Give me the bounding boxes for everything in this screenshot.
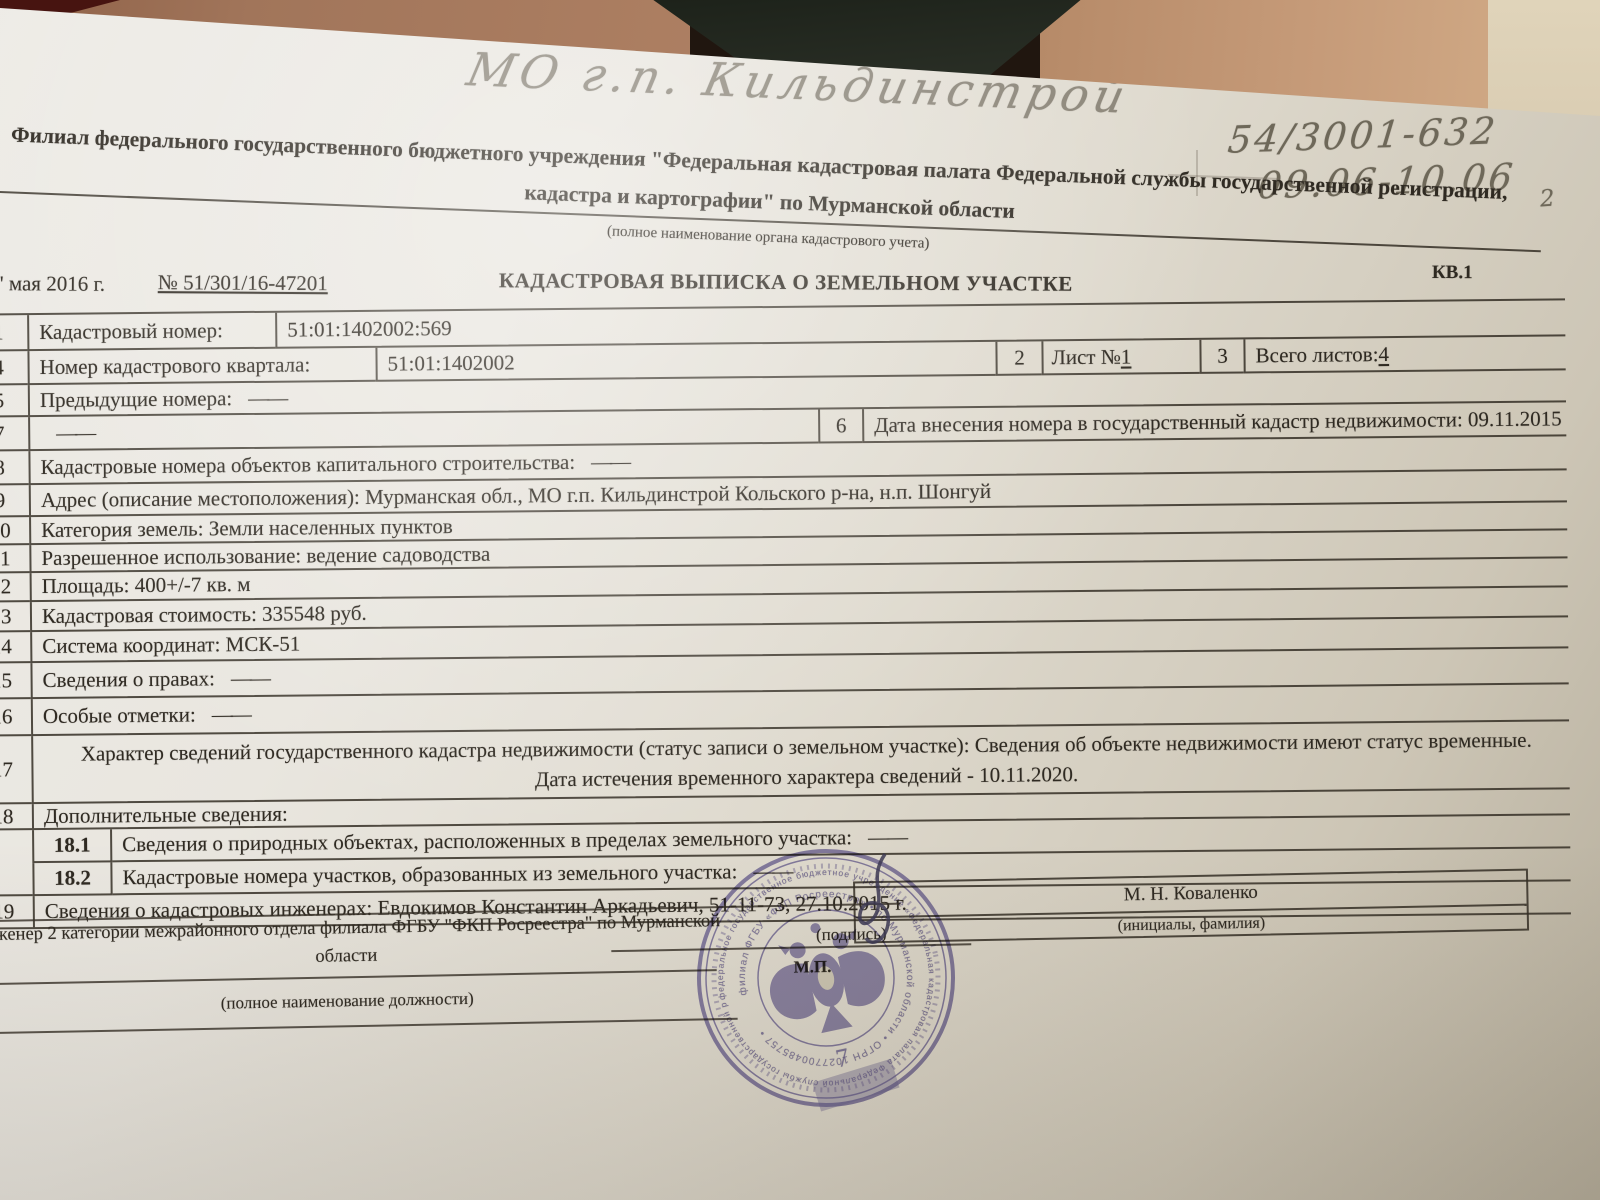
table-row-9: 9 Адрес (описание местоположения): Мурма… (0, 470, 1567, 517)
row-number: 8 (0, 451, 29, 486)
row-number: 13 (0, 602, 30, 633)
date-text: мая 2016 г. (9, 271, 105, 296)
dash-value: —— (248, 385, 286, 410)
sub-row-number: 18.2 (32, 862, 112, 896)
stamp-center-number: 7 (833, 1042, 852, 1073)
handwritten-date-range: 09.06-10.06 (1256, 155, 1518, 207)
table-row-7: 7 —— 6 Дата внесения номера в государств… (0, 402, 1566, 451)
row-text-value: Площадь: 400+/-7 кв. м (42, 572, 251, 599)
table-row-4: 4 Номер кадастрового квартала: 51:01:140… (0, 336, 1566, 385)
date-cell-number: 6 (818, 409, 862, 443)
position-caption: (полное наименование должности) (0, 984, 722, 1018)
row-number: 19 (0, 896, 33, 930)
total-sheets-cell: Всего листов: 4 (1243, 336, 1565, 373)
table-row-15: 15 Сведения о правах:—— (0, 648, 1569, 699)
row-label: Номер кадастрового квартала: (27, 348, 375, 385)
pencil-mark-vertical (1196, 150, 1198, 196)
total-cell-number: 3 (1199, 339, 1243, 373)
row-value: 51:01:1402002:569 (275, 300, 1565, 348)
pencil-mark-horizontal (1168, 174, 1280, 180)
row-text: Разрешенное использование: ведение садов… (29, 530, 1567, 573)
sheet-value: 1 (1121, 344, 1132, 369)
row-text: Кадастровые номера объектов капитального… (28, 436, 1566, 485)
row-text-value: Кадастровые номера объектов капитального… (40, 449, 575, 479)
name-caption: (инициалы, фамилия) (856, 906, 1527, 944)
row-number: 14 (0, 632, 30, 664)
stamp-smudge (812, 1059, 899, 1112)
title-row: ' мая 2016 г. № 51/301/16-47201 КАДАСТРО… (0, 253, 1572, 263)
total-label: Всего листов: (1255, 342, 1378, 368)
org-header: Филиал федерального государственного бюд… (0, 112, 1569, 172)
row-text-value: Сведения о правах: (42, 666, 215, 693)
row-text-value: Сведения о природных объектах, расположе… (122, 825, 852, 857)
dash-value: —— (231, 665, 269, 690)
sheet-cell-number: 2 (995, 341, 1041, 375)
row-text: Адрес (описание местоположения): Мурманс… (29, 470, 1567, 517)
position-title-line2: области (0, 939, 722, 974)
table-row-18-2: 18.2 Кадастровые номера участков, образо… (0, 848, 1571, 896)
signature-scribble-icon (830, 846, 930, 961)
date-entered-cell: Дата внесения номера в государственный к… (862, 402, 1566, 443)
table-row-16: 16 Особые отметки:—— (0, 684, 1569, 736)
table-row-17: 17 Характер сведений государственного ка… (0, 721, 1570, 804)
photo-of-cadastral-document: { "photo": { "background": { "skin_left"… (0, 0, 1600, 1200)
table-row-5: 5 Предыдущие номера:—— (0, 370, 1566, 417)
handwritten-ref-number: 54/3001-632 (1226, 109, 1500, 162)
org-caption: (полное наименование органа кадастрового… (0, 200, 1540, 276)
signature-block: Инженер 2 категории межрайонного отдела … (0, 865, 1584, 1106)
total-value: 4 (1378, 342, 1389, 367)
table-row-1: 1 Кадастровый номер: 51:01:1402002:569 (0, 300, 1565, 351)
row-number: 12 (0, 573, 30, 603)
empty-number-cell (0, 830, 32, 864)
cadastral-table: 1 Кадастровый номер: 51:01:1402002:569 4… (0, 298, 1571, 929)
table-row-18-1: 18.1 Сведения о природных объектах, расп… (0, 815, 1570, 863)
status-line1: Характер сведений государственного кадас… (81, 724, 1532, 768)
row-text: Площадь: 400+/-7 кв. м (30, 558, 1568, 602)
row-text-value: Категория земель: Земли населенных пункт… (41, 514, 453, 543)
signature-rule-bottom (0, 1018, 738, 1035)
signature-rule-top (0, 903, 900, 923)
org-name-line2: кадастра и картографии" по Мурманской об… (0, 160, 1542, 252)
row-number: 11 (0, 545, 30, 574)
row-text: Кадастровая стоимость: 335548 руб. (30, 587, 1568, 632)
dash-value: —— (753, 859, 791, 884)
sheet-cell: Лист № 1 (1041, 340, 1199, 376)
table-row-13: 13 Кадастровая стоимость: 335548 руб. (0, 587, 1568, 632)
document-number: № 51/301/16-47201 (158, 270, 328, 296)
row-text: Сведения о правах:—— (30, 648, 1568, 699)
position-title-line1: Инженер 2 категории межрайонного отдела … (0, 911, 721, 946)
row-text: Система координат: МСК-51 (30, 617, 1568, 663)
row-text-value: Особые отметки: (43, 703, 196, 729)
empty-number-cell (0, 863, 33, 897)
org-name-line1: Филиал федерального государственного бюд… (11, 122, 1571, 207)
row-text-value: Адрес (описание местоположения): Мурманс… (41, 478, 991, 512)
stamp-outer-ring (675, 827, 976, 1128)
row-text: Сведения о кадастровых инженерах: Евдоки… (33, 881, 1571, 929)
row-value: 51:01:1402002 (375, 342, 995, 382)
form-code: КВ.1 (1432, 262, 1473, 284)
date-prefix-mark: ' (0, 271, 4, 295)
row-text: Характер сведений государственного кадас… (31, 721, 1570, 804)
row-text-value: Кадастровые номера участков, образованны… (122, 859, 737, 890)
row-text: Категория земель: Земли населенных пункт… (29, 502, 1567, 545)
row-number: 15 (0, 663, 31, 700)
row-number: 7 (0, 417, 28, 452)
row-number: 17 (0, 736, 32, 805)
sub-row-number: 18.1 (32, 829, 112, 863)
row-text-value: Система координат: МСК-51 (42, 632, 300, 659)
page-title: КАДАСТРОВАЯ ВЫПИСКА О ЗЕМЕЛЬНОМ УЧАСТКЕ (0, 265, 1572, 300)
row-text: Особые отметки:—— (31, 684, 1569, 736)
document-sheet: МО г.п. Кильдинстрой 54/3001-632 09.06-1… (0, 0, 1600, 1200)
row-number: 4 (0, 351, 28, 386)
name-box: М. Н. Коваленко (инициалы, фамилия) (853, 869, 1529, 944)
row-label: Предыдущие номера:—— (28, 370, 1566, 417)
row-number: 9 (0, 485, 29, 518)
document-date: ' мая 2016 г. (0, 271, 105, 297)
seal-place-mark: М.П. (793, 957, 831, 978)
sheet-label: Лист № (1051, 344, 1121, 370)
handwritten-superscript: 2 (1539, 186, 1555, 213)
empty-cell: —— (28, 410, 818, 452)
row-text-value: Разрешенное использование: ведение садов… (41, 541, 490, 570)
dash-value: —— (591, 449, 629, 474)
row-label: Дополнительные сведения: (32, 789, 1570, 830)
table-row-12: 12 Площадь: 400+/-7 кв. м (0, 558, 1568, 602)
table-row-11: 11 Разрешенное использование: ведение са… (0, 530, 1568, 573)
table-row-8: 8 Кадастровые номера объектов капитально… (0, 436, 1567, 485)
table-row-10: 10 Категория земель: Земли населенных пу… (0, 502, 1567, 545)
row-label: Кадастровый номер: (27, 313, 275, 351)
label-text: Предыдущие номера: (40, 386, 233, 413)
row-number: 10 (0, 517, 29, 546)
round-stamp: федеральное государственное бюджетное уч… (638, 798, 1013, 1158)
table-row-18: 18 Дополнительные сведения: (0, 789, 1570, 830)
table-row-19: 19 Сведения о кадастровых инженерах: Евд… (0, 881, 1571, 929)
document-content: МО г.п. Кильдинстрой 54/3001-632 09.06-1… (0, 0, 1600, 1200)
row-text-value: Кадастровая стоимость: 335548 руб. (42, 600, 367, 628)
row-number: 1 (0, 315, 27, 352)
table-row-14: 14 Система координат: МСК-51 (0, 617, 1568, 663)
dash-value: —— (212, 702, 250, 727)
row-number: 16 (0, 699, 31, 737)
signer-name: М. Н. Коваленко (855, 871, 1527, 919)
row-number: 18 (0, 804, 32, 831)
signature-rule-mid (0, 969, 717, 985)
row-number: 5 (0, 385, 28, 418)
dash-value: —— (56, 420, 94, 445)
status-line2: Дата истечения временного характера свед… (535, 759, 1079, 795)
